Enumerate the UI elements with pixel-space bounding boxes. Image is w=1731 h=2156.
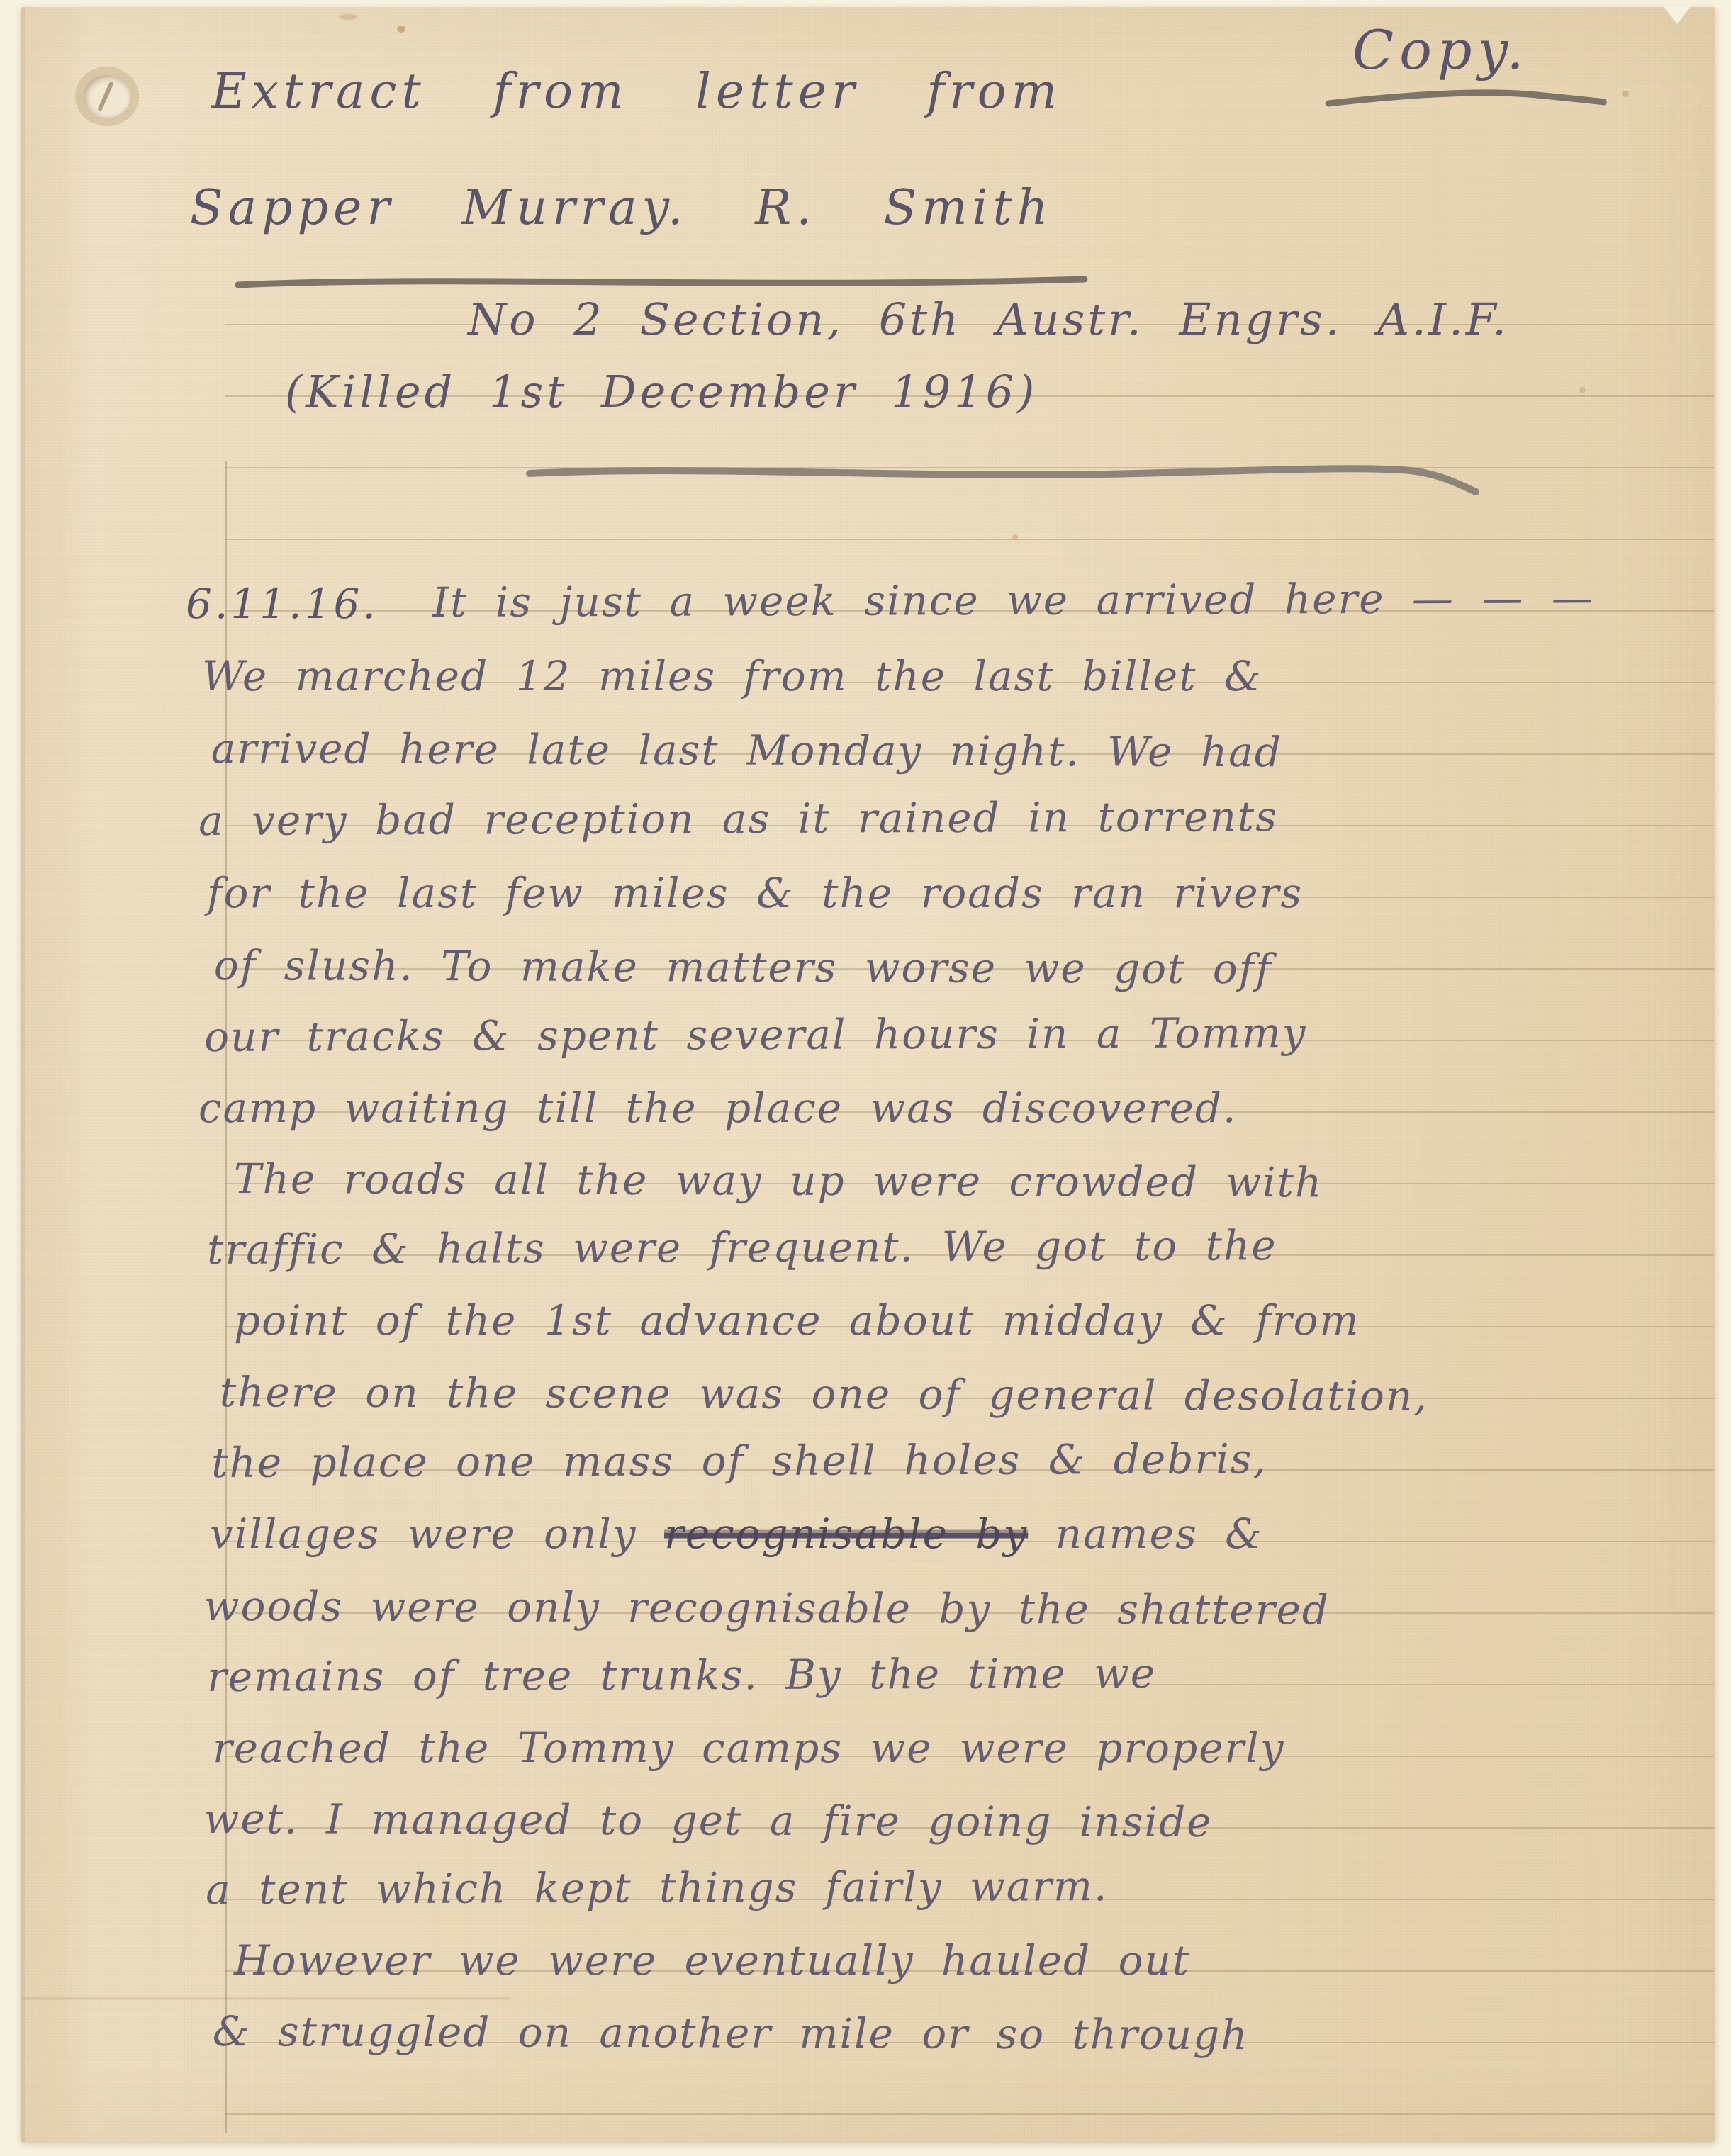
letter-line: for the last few miles & the roads ran r… (207, 869, 1303, 917)
letter-line: remains of tree trunks. By the time we (207, 1649, 1156, 1701)
section-divider (526, 461, 1483, 503)
section-divider-stroke (530, 468, 1476, 492)
paper-edge-shadow (21, 7, 89, 2142)
letter-line-strikethrough: villages were only recognisable by names… (210, 1510, 1263, 1558)
letter-line: woods were only recognisable by the shat… (204, 1582, 1330, 1634)
pinhole-slash (97, 82, 113, 112)
copy-label: Copy. (1352, 18, 1530, 82)
strike-pre-text: villages were only (210, 1510, 664, 1558)
letter-line: traffic & halts were frequent. We got to… (207, 1221, 1277, 1274)
corner-tear (1663, 6, 1691, 24)
heading-line-2: Sapper Murray. R. Smith (190, 180, 1053, 236)
letter-line: reached the Tommy camps we were properly (213, 1724, 1285, 1772)
letter-line: a very bad reception as it rained in tor… (198, 792, 1278, 845)
stain-spot (1012, 534, 1018, 540)
letter-line: The roads all the way up were crowded wi… (234, 1155, 1323, 1206)
heading-line-1: Extract from letter from (211, 64, 1062, 120)
letter-line: camp waiting till the place was discover… (198, 1084, 1237, 1132)
killed-line: (Killed 1st December 1916) (285, 366, 1038, 417)
heading-underline (234, 271, 1092, 296)
letter-line: wet. I managed to get a fire going insid… (204, 1795, 1213, 1846)
heading-underline-stroke (238, 279, 1085, 285)
copy-underline-stroke (1328, 93, 1603, 103)
stain-spot (339, 14, 357, 20)
letter-line: a tent which kept things fairly warm. (206, 1862, 1109, 1914)
letter-line: there on the scene was one of general de… (220, 1368, 1428, 1420)
unit-line: No 2 Section, 6th Austr. Engrs. A.I.F. (468, 293, 1509, 345)
letter-line: We marched 12 miles from the last billet… (202, 652, 1262, 700)
letter-line: It is just a week since we arrived here … (432, 574, 1594, 627)
entry-date: 6.11.16. (186, 580, 379, 628)
stain-spot (1579, 387, 1586, 393)
letter-paper: Copy. Extract from letter from Sapper Mu… (21, 7, 1715, 2142)
stain-spot (1622, 91, 1629, 97)
copy-underline (1324, 84, 1608, 112)
letter-line: point of the 1st advance about midday & … (234, 1296, 1360, 1344)
letter-line: However we were eventually hauled out (234, 1936, 1190, 1984)
letter-line: of slush. To make matters worse we got o… (214, 941, 1272, 993)
letter-line: the place one mass of shell holes & debr… (211, 1434, 1267, 1487)
pinhole-mark (84, 75, 130, 118)
stain-spot (397, 26, 405, 33)
strikethrough-text: recognisable by (664, 1510, 1028, 1558)
letter-line: our tracks & spent several hours in a To… (204, 1009, 1307, 1061)
paper-crease (21, 1997, 510, 1999)
strike-post-text: names & (1028, 1510, 1263, 1558)
letter-line: & struggled on another mile or so throug… (213, 2007, 1249, 2059)
scan-backdrop: { "page": { "backdrop_color": "#f7f1df",… (0, 0, 1731, 2156)
letter-line: arrived here late last Monday night. We … (211, 724, 1282, 776)
